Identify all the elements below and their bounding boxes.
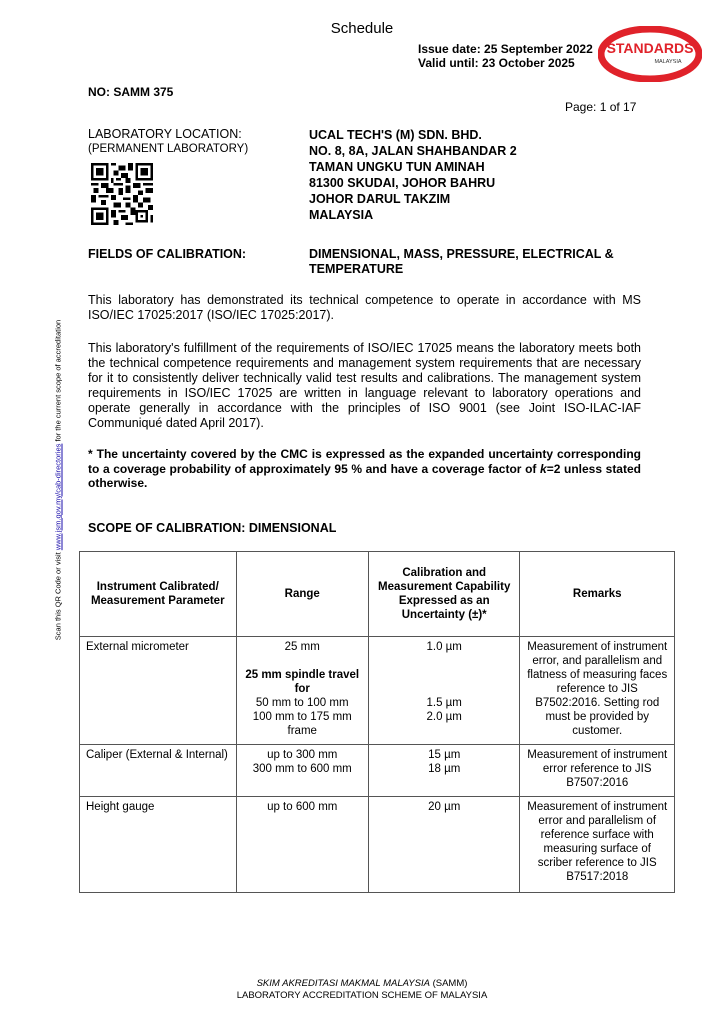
valid-until: Valid until: 23 October 2025 xyxy=(418,56,593,70)
cell-range: up to 300 mm 300 mm to 600 mm xyxy=(236,745,368,797)
lab-location-sublabel: (PERMANENT LABORATORY) xyxy=(88,142,248,157)
cmc-value: 18 µm xyxy=(375,762,514,776)
range-subheading: 25 mm spindle travel for xyxy=(243,668,362,696)
issue-date: Issue date: 25 September 2022 xyxy=(418,42,593,56)
cell-instrument: Height gauge xyxy=(80,797,237,893)
cmc-value: 20 µm xyxy=(375,800,514,814)
fields-of-calibration-label: FIELDS OF CALIBRATION: xyxy=(88,247,246,261)
competence-paragraph: This laboratory has demonstrated its tec… xyxy=(88,293,641,323)
footer-scheme-malay: SKIM AKREDITASI MAKMAL MALAYSIA xyxy=(257,978,430,989)
cell-range: up to 600 mm xyxy=(236,797,368,893)
standards-malaysia-accredited-logo-icon: STANDARDS MALAYSIA ACCREDITED xyxy=(598,26,702,82)
address-line: TAMAN UNGKU TUN AMINAH xyxy=(309,159,517,175)
table-row: External micrometer 25 mm 25 mm spindle … xyxy=(80,637,675,745)
footer-scheme-abbr: (SAMM) xyxy=(430,978,467,989)
laboratory-location-label: LABORATORY LOCATION: (PERMANENT LABORATO… xyxy=(88,127,248,157)
issue-validity-block: Issue date: 25 September 2022 Valid unti… xyxy=(418,42,593,70)
page-indicator: Page: 1 of 17 xyxy=(565,100,636,114)
address-line: UCAL TECH'S (M) SDN. BHD. xyxy=(309,127,517,143)
cell-remarks: Measurement of instrument error, and par… xyxy=(520,637,675,745)
lab-location-heading: LABORATORY LOCATION: xyxy=(88,127,248,142)
address-line: JOHOR DARUL TAKZIM xyxy=(309,191,517,207)
scope-table: Instrument Calibrated/ Measurement Param… xyxy=(79,551,675,893)
cmc-value: 15 µm xyxy=(375,748,514,762)
table-row: Height gauge up to 600 mm 20 µm Measurem… xyxy=(80,797,675,893)
table-row: Caliper (External & Internal) up to 300 … xyxy=(80,745,675,797)
range-value: 300 mm to 600 mm xyxy=(243,762,362,776)
footer: SKIM AKREDITASI MAKMAL MALAYSIA (SAMM) L… xyxy=(0,978,724,1002)
range-value: 50 mm to 100 mm xyxy=(243,696,362,710)
side-note-prefix: Scan this QR Code or visit xyxy=(54,550,63,640)
cell-remarks: Measurement of instrument error and para… xyxy=(520,797,675,893)
header-instrument: Instrument Calibrated/ Measurement Param… xyxy=(80,552,237,637)
cab-directories-link[interactable]: www.jsm.gov.my/cab-directories xyxy=(54,444,63,551)
table-header-row: Instrument Calibrated/ Measurement Param… xyxy=(80,552,675,637)
header-remarks: Remarks xyxy=(520,552,675,637)
fulfillment-paragraph: This laboratory's fulfillment of the req… xyxy=(88,341,641,431)
cmc-value: 1.5 µm xyxy=(375,696,514,710)
cell-range: 25 mm 25 mm spindle travel for 50 mm to … xyxy=(236,637,368,745)
logo-top-text: STANDARDS xyxy=(607,40,694,56)
cell-cmc: 15 µm 18 µm xyxy=(368,745,520,797)
header-cmc: Calibration and Measurement Capability E… xyxy=(368,552,520,637)
footer-line-2: LABORATORY ACCREDITATION SCHEME OF MALAY… xyxy=(0,990,724,1002)
cell-instrument: Caliper (External & Internal) xyxy=(80,745,237,797)
coverage-factor-k: k xyxy=(540,462,547,476)
range-value: up to 300 mm xyxy=(243,748,362,762)
address-line: 81300 SKUDAI, JOHOR BAHRU xyxy=(309,175,517,191)
cell-cmc: 20 µm xyxy=(368,797,520,893)
fields-of-calibration-value: DIMENSIONAL, MASS, PRESSURE, ELECTRICAL … xyxy=(309,247,649,277)
cell-cmc: 1.0 µm 1.5 µm 2.0 µm xyxy=(368,637,520,745)
footer-line-1: SKIM AKREDITASI MAKMAL MALAYSIA (SAMM) xyxy=(0,978,724,990)
laboratory-address: UCAL TECH'S (M) SDN. BHD. NO. 8, 8A, JAL… xyxy=(309,127,517,223)
scope-title: SCOPE OF CALIBRATION: DIMENSIONAL xyxy=(88,521,336,535)
address-line: NO. 8, 8A, JALAN SHAHBANDAR 2 xyxy=(309,143,517,159)
cell-remarks: Measurement of instrument error referenc… xyxy=(520,745,675,797)
range-value: 100 mm to 175 mm frame xyxy=(243,710,362,738)
qr-code-icon[interactable] xyxy=(91,163,153,225)
cell-instrument: External micrometer xyxy=(80,637,237,745)
side-note-suffix: for the current scope of accreditation xyxy=(54,320,63,444)
cmc-value: 1.0 µm xyxy=(375,640,514,654)
range-value: up to 600 mm xyxy=(243,800,362,814)
cmc-value: 2.0 µm xyxy=(375,710,514,724)
certificate-number: NO: SAMM 375 xyxy=(88,85,173,99)
header-range: Range xyxy=(236,552,368,637)
address-line: MALAYSIA xyxy=(309,207,517,223)
range-value: 25 mm xyxy=(243,640,362,654)
uncertainty-note: * The uncertainty covered by the CMC is … xyxy=(88,447,641,491)
